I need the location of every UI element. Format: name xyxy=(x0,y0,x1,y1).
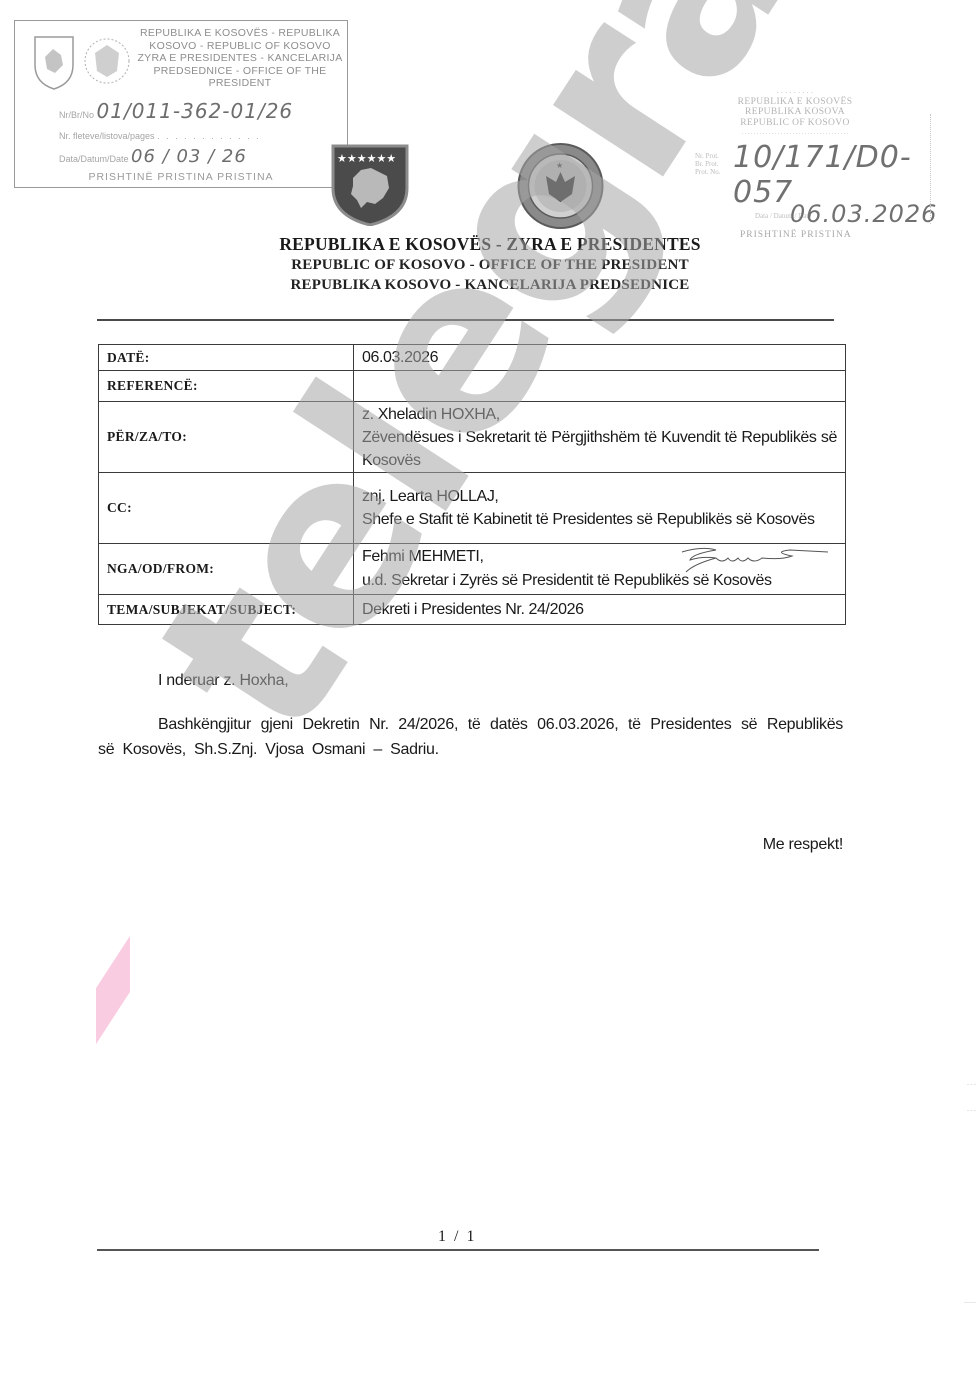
memo-value-line: u.d. Sekretar i Zyrës së Presidentit të … xyxy=(362,569,837,593)
memo-table: DATË: 06.03.2026 REFERENCË: PËR/ZA/TO: z… xyxy=(98,344,846,625)
memo-label: TEMA/SUBJEKAT/SUBJECT: xyxy=(99,595,354,625)
memo-value-line: z. Xheladin HOXHA, xyxy=(362,403,837,426)
memo-label: CC: xyxy=(99,473,354,544)
memo-row-reference: REFERENCË: xyxy=(99,371,846,402)
memo-label: DATË: xyxy=(99,345,354,371)
letterhead-line-serbian: REPUBLIKA KOSOVO - KANCELARIJA PREDSEDNI… xyxy=(150,275,830,295)
stamp-right-header-line: REPUBLIKA KOSOVA xyxy=(665,107,925,118)
memo-value: 06.03.2026 xyxy=(354,345,846,371)
presidential-seal-icon: ★ xyxy=(512,142,609,230)
stamp-right-header: . . . . . . . . . REPUBLIKA E KOSOVËS RE… xyxy=(665,86,925,139)
letterhead: REPUBLIKA E KOSOVËS - ZYRA E PRESIDENTES… xyxy=(150,233,830,295)
stamp-left-city: PRISHTINË PRISTINA PRISTINA xyxy=(15,171,347,183)
memo-value-line: Dekreti i Presidentes Nr. 24/2026 xyxy=(362,598,837,621)
memo-row-cc: CC: znj. Learta HOLLAJ, Shefe e Stafit t… xyxy=(99,473,846,544)
stamp-attachments-label: Nr. fleteve/listova/pages xyxy=(59,131,155,141)
closing: Me respekt! xyxy=(700,836,843,854)
scan-mark: - - - xyxy=(967,1108,976,1114)
stamp-date-label: Data/Datum/Date xyxy=(59,154,129,164)
letterhead-line-english: REPUBLIC OF KOSOVO - OFFICE OF THE PRESI… xyxy=(150,255,830,275)
body-paragraph: Bashkëngjitur gjeni Dekretin Nr. 24/2026… xyxy=(98,712,843,762)
stamp-emblems-icon xyxy=(27,31,137,91)
stamp-left-date-row: Data/Datum/Date 06 / 03 / 26 xyxy=(59,146,247,167)
stamp-number-value: 01/011-362-01/26 xyxy=(97,99,294,123)
page-number: 1 / 1 xyxy=(438,1228,476,1246)
memo-row-date: DATË: 06.03.2026 xyxy=(99,345,846,371)
stamp-left-header-line: KOSOVO - REPUBLIC OF KOSOVO xyxy=(135,40,345,53)
registration-stamp-left: REPUBLIKA E KOSOVËS - REPUBLIKA KOSOVO -… xyxy=(14,20,348,188)
stamp-right-header-line: REPUBLIKA E KOSOVËS xyxy=(665,97,925,108)
footer-divider xyxy=(97,1249,819,1251)
stamp-left-attachments-row: Nr. fleteve/listova/pages . . . . . . . … xyxy=(59,131,261,141)
stamp-left-header-line: ZYRA E PRESIDENTES - KANCELARIJA xyxy=(135,52,345,65)
salutation: I nderuar z. Hoxha, xyxy=(158,672,903,690)
svg-text:★: ★ xyxy=(556,161,563,170)
memo-value-line: znj. Learta HOLLAJ, xyxy=(362,485,837,508)
stamp-left-header-line: REPUBLIKA E KOSOVËS - REPUBLIKA xyxy=(135,27,345,40)
stamp-date-value: 06 / 03 / 26 xyxy=(131,146,247,167)
memo-row-subject: TEMA/SUBJEKAT/SUBJECT: Dekreti i Preside… xyxy=(99,595,846,625)
memo-value-line: Zëvendësues i Sekretarit të Përgjithshëm… xyxy=(362,426,837,472)
kosovo-coat-of-arms-icon: ★★★★★★ xyxy=(331,142,409,226)
memo-row-from: NGA/OD/FROM: Fehmi MEHMETI, u.d. Sekreta… xyxy=(99,544,846,595)
memo-value: Fehmi MEHMETI, u.d. Sekretar i Zyrës së … xyxy=(354,544,846,595)
svg-text:★★★★★★: ★★★★★★ xyxy=(337,152,396,165)
memo-value xyxy=(354,371,846,402)
stamp-left-number-row: Nr/Br/No 01/011-362-01/26 xyxy=(59,99,293,123)
memo-label: NGA/OD/FROM: xyxy=(99,544,354,595)
scan-mark: - - - xyxy=(967,1082,976,1088)
memo-value-line: 06.03.2026 xyxy=(362,346,837,369)
stamp-left-header: REPUBLIKA E KOSOVËS - REPUBLIKA KOSOVO -… xyxy=(135,27,345,90)
scan-mark: —— xyxy=(964,1300,976,1306)
memo-value: Dekreti i Presidentes Nr. 24/2026 xyxy=(354,595,846,625)
memo-value: z. Xheladin HOXHA, Zëvendësues i Sekreta… xyxy=(354,402,846,473)
stamp-left-header-line: PREDSEDNICE - OFFICE OF THE PRESIDENT xyxy=(135,65,345,90)
memo-row-to: PËR/ZA/TO: z. Xheladin HOXHA, Zëvendësue… xyxy=(99,402,846,473)
memo-label: PËR/ZA/TO: xyxy=(99,402,354,473)
memo-label: REFERENCË: xyxy=(99,371,354,402)
stamp-right-header-line: REPUBLIC OF KOSOVO xyxy=(665,118,925,129)
watermark-accent-dot xyxy=(96,936,130,1044)
stamp-right-date: 06.03.2026 xyxy=(790,200,937,228)
header-divider xyxy=(97,319,834,321)
stamp-number-label: Nr/Br/No xyxy=(59,110,94,120)
letterhead-line-albanian: REPUBLIKA E KOSOVËS - ZYRA E PRESIDENTES xyxy=(150,233,830,255)
memo-value-line: Shefe e Stafit të Kabinetit të President… xyxy=(362,508,837,531)
memo-value-line: Fehmi MEHMETI, xyxy=(362,545,837,569)
memo-value: znj. Learta HOLLAJ, Shefe e Stafit të Ka… xyxy=(354,473,846,544)
registration-stamp-right: . . . . . . . . . REPUBLIKA E KOSOVËS RE… xyxy=(625,80,945,250)
